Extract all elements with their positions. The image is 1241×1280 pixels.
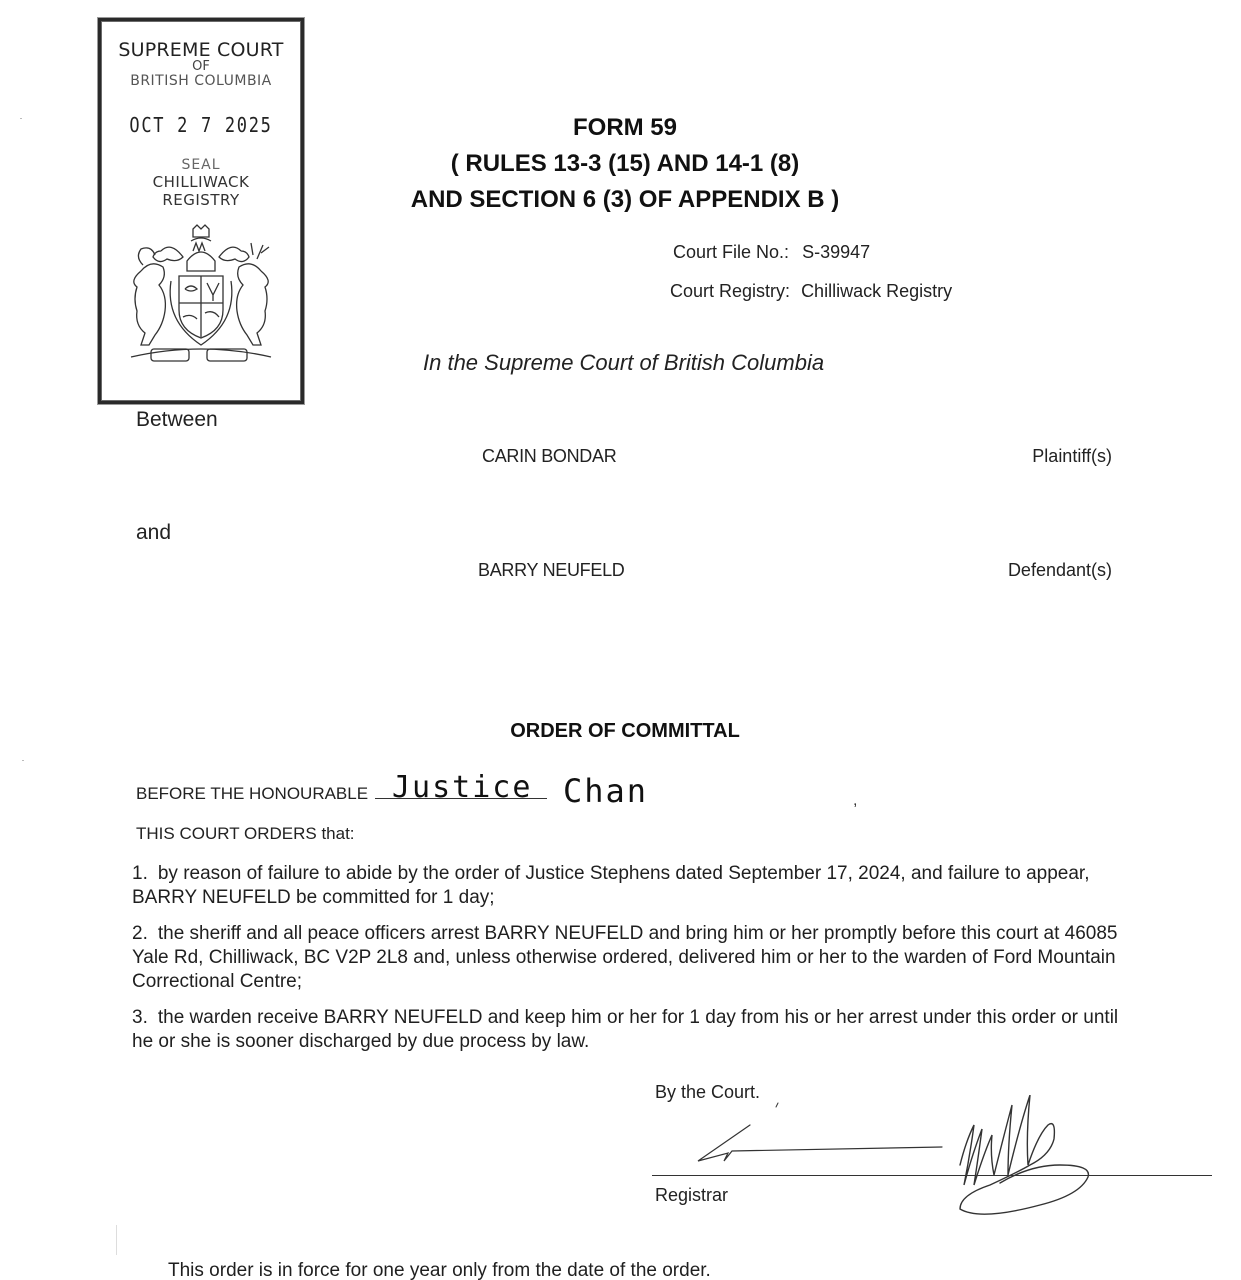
stamp-registry-word: REGISTRY [101,191,301,209]
stamp-court-line: SUPREME COURT [101,39,301,61]
scan-speck [22,760,24,761]
order-paragraph-1: 1.by reason of failure to abide by the o… [132,862,1122,910]
paragraph-text: by reason of failure to abide by the ord… [132,863,1089,908]
defendant-name: BARRY NEUFELD [478,560,624,581]
court-registry-value: Chilliwack Registry [801,281,952,301]
defendant-role: Defendant(s) [912,560,1112,581]
plaintiff-name: CARIN BONDAR [482,446,616,467]
stamp-date: OCT 2 7 2025 [116,113,286,137]
court-registry-label: Court Registry: [670,281,790,302]
registrar-label: Registrar [655,1185,728,1206]
registry-stamp: SUPREME COURT OF BRITISH COLUMBIA OCT 2 … [98,18,304,404]
before-label: BEFORE THE HONOURABLE [136,784,368,803]
order-paragraph-3: 3.the warden receive BARRY NEUFELD and k… [132,1006,1122,1054]
handwritten-judge-name: Chan [563,772,648,810]
stamp-seal-label: SEAL [101,157,301,173]
paragraph-text: the sheriff and all peace officers arres… [132,923,1118,992]
stamp-registry-name: CHILLIWACK [101,173,301,191]
court-file-value: S-39947 [802,242,870,262]
form-section: AND SECTION 6 (3) OF APPENDIX B ) [300,182,950,218]
scan-speck [20,118,22,119]
paragraph-number: 2. [132,923,148,944]
form-number: FORM 59 [300,110,950,146]
court-file-label: Court File No.: [673,242,789,263]
court-file-number: Court File No.: S-39947 [673,242,870,263]
plaintiff-role: Plaintiff(s) [912,446,1112,467]
stamp-of-line: OF [101,61,301,73]
orders-intro: THIS COURT ORDERS that: [136,824,355,844]
order-heading: ORDER OF COMMITTAL [300,720,950,743]
trailing-comma-mark: , [853,792,857,810]
paragraph-number: 1. [132,863,148,884]
signature-line [652,1175,1212,1176]
between-label: Between [136,408,218,432]
footer-validity-note: This order is in force for one year only… [168,1260,711,1280]
paragraph-number: 3. [132,1007,148,1028]
court-registry: Court Registry: Chilliwack Registry [670,281,952,302]
handwritten-signature-icon [690,1095,1210,1235]
order-paragraph-2: 2.the sheriff and all peace officers arr… [132,922,1122,994]
handwritten-judge-title: Justice [392,770,532,805]
and-label: and [136,521,171,545]
paragraph-text: the warden receive BARRY NEUFELD and kee… [132,1007,1118,1052]
stamp-province-line: BRITISH COLUMBIA [101,73,301,89]
scan-speck [116,1225,117,1255]
coat-of-arms-icon [121,221,281,371]
form-title-block: FORM 59 ( RULES 13-3 (15) AND 14-1 (8) A… [300,110,950,218]
form-rules: ( RULES 13-3 (15) AND 14-1 (8) [300,146,950,182]
court-name: In the Supreme Court of British Columbia [423,350,824,376]
